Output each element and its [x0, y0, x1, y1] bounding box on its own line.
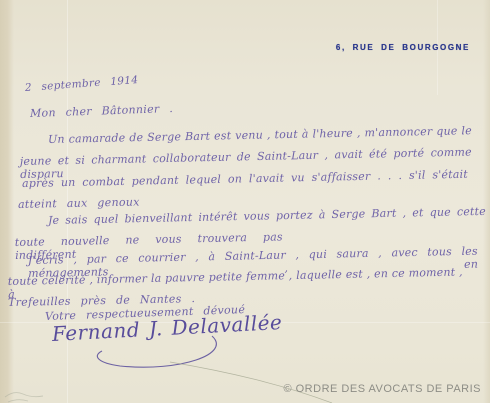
paper-left-edge — [0, 0, 14, 403]
letter-salutation: Mon cher Bâtonnier . — [30, 102, 173, 120]
copyright-notice: © ORDRE DES AVOCATS DE PARIS — [283, 383, 481, 395]
letter-date: 2 septembre 1914 — [25, 74, 139, 95]
letter-body-line: Un camarade de Serge Bart est venu , tou… — [48, 124, 472, 146]
paper-right-edge — [483, 0, 490, 403]
letter-body-line: atteint aux genoux — [18, 195, 140, 211]
signature: Fernand J. Delavallée — [52, 316, 283, 341]
letter-scan: 6, RUE DE BOURGOGNE 2 septembre 1914 Mon… — [0, 0, 490, 403]
letterhead-address: 6, RUE DE BOURGOGNE — [336, 43, 470, 52]
